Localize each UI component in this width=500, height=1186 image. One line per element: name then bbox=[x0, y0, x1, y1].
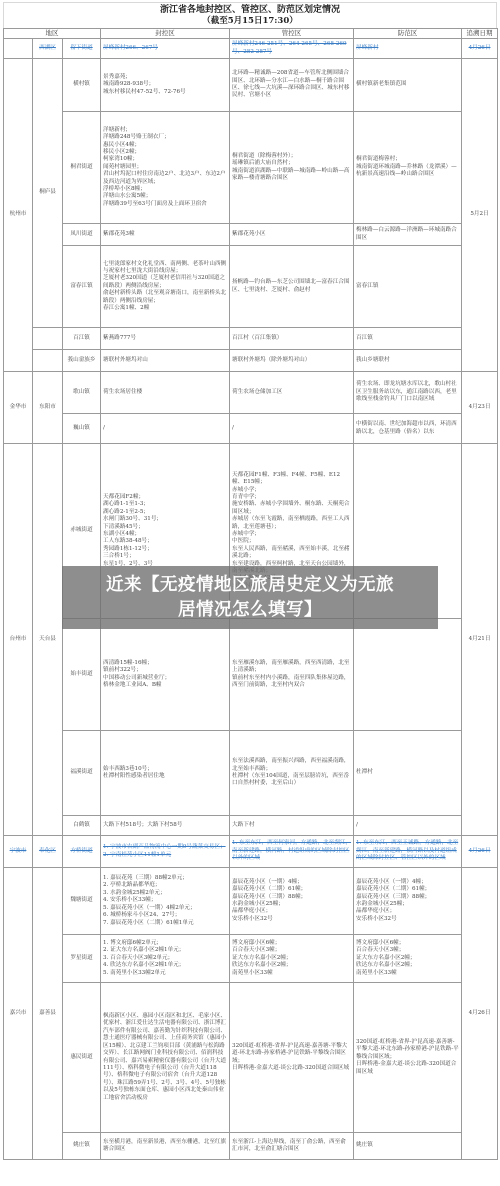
controlled-cell: 塘联村外塘坞（除外塘坞对山） bbox=[230, 350, 354, 372]
sealed-cell: 1. 博文府邸6幢2单元； 2. 证大东方名嘉小区2幢1单元； 3. 百合春天小… bbox=[101, 935, 230, 983]
sealed-cell: 紫燕路777号 bbox=[101, 328, 230, 350]
city-cell: 杭州市 bbox=[4, 59, 33, 372]
prevention-cell: 梅林路—白云源路—洋洲路—环城南路合围区 bbox=[354, 224, 462, 246]
city-cell: 台州市 bbox=[4, 444, 33, 836]
table-row: 富春江镇 七里泷郎家村文化礼堂西、南两侧、老茶叶山西侧与祝家村七里泷大街沿线房屋… bbox=[4, 246, 498, 328]
prevention-cell: 荷生农场、即龙坑塘水库以北，歌山村社区卫生服务站以东，通江南路以西，老里歌线至栈… bbox=[354, 372, 462, 414]
street-cell: 惠民街道 bbox=[63, 983, 101, 1133]
district-cell: 天台县 bbox=[33, 444, 63, 836]
street-cell: 福溪街道 bbox=[63, 731, 101, 816]
sealed-cell: 大路下村518号；大路下村58号 bbox=[101, 816, 230, 836]
sealed-cell: 1. 嘉辰花苑（三期）88幢2单元； 2. 亭桥北路晶都华庭； 3. 水韵金城2… bbox=[101, 868, 230, 935]
prevention-cell: / bbox=[354, 816, 462, 836]
street-cell: 罗星街道 bbox=[63, 935, 101, 983]
district-cell: 桐庐县 bbox=[33, 59, 63, 328]
controlled-cell: 东至法溪西路，南至振兴西路，西至福溪南路，北至始丰西路； 杜潭村（东至104国道… bbox=[230, 731, 354, 816]
sealed-cell: 紫郡花苑3幢 bbox=[101, 224, 230, 246]
column-header-date: 追溯日期 bbox=[462, 29, 498, 39]
city-cell bbox=[4, 39, 33, 59]
table-row: 宁波市 奉化区 方桥街道 1. 宁波市农副产品物流中心一期9号蔬菜交易区； 2.… bbox=[4, 836, 498, 868]
document-subtitle: （截至5月15日17:30） bbox=[4, 16, 496, 27]
column-header-prevention: 防范区 bbox=[354, 29, 462, 39]
table-row: 巍山镇 / / 中横街以南、世纪加海超市以西，环清西路以北，仓基里路（俗名）以东 bbox=[4, 414, 498, 444]
controlled-cell: 东至雁溪东路，南至雁溪路，西至西清路，北至上清溪路； 镇前村东至村内小溪路，南至… bbox=[230, 619, 354, 731]
street-cell: 魏塘街道 bbox=[63, 868, 101, 935]
document-header: 浙江省各地封控区、管控区、防范区划定情况 （截至5月15日17:30） bbox=[3, 2, 497, 28]
prevention-cell: 中横街以南、世纪加海超市以西，环清西路以北，仓基里路（俗名）以东 bbox=[354, 414, 462, 444]
table-row: 杭州市 桐庐县 横村镇 景秀嘉苑； 城南路928-938号； 城东村移民村47-… bbox=[4, 59, 498, 112]
prevention-cell: 莪山乡塘联村 bbox=[354, 350, 462, 372]
date-cell: 5月2日 bbox=[462, 59, 498, 372]
table-row: 西湖区 留下街道 屏峰新村266、267号 屏峰新村246-251号、264-2… bbox=[4, 39, 498, 59]
date-cell: 4月26日 bbox=[462, 868, 498, 1160]
prevention-cell: 杜潭村 bbox=[354, 731, 462, 816]
prevention-cell: 桐君街道梅蓉村； 城南街道环城南路—乔林路（龙潭溪）—杭新景高速沿线—岭山路合围… bbox=[354, 112, 462, 224]
district-cell: 西湖区 bbox=[33, 39, 63, 59]
district-cell bbox=[33, 328, 63, 350]
headline-overlay: 近来【无疫情地区旅居史定义为无旅 居情况怎么填写】 bbox=[62, 566, 438, 629]
sealed-cell: 屏峰新村266、267号 bbox=[101, 39, 230, 59]
controlled-cell: 屏峰新村246-251号、264-265号、268-269号、282-287号 bbox=[230, 39, 354, 59]
table-row: 白鹤镇 大路下村518号；大路下村58号 大路下村 / bbox=[4, 816, 498, 836]
table-row: 始丰街道 西清路15幢-16幢； 镇前村322号； 中国移动公司新城营业厅； 格… bbox=[4, 619, 498, 731]
controlled-cell: 扬帆路—钓台路—东芝公司围墙北—富春江合围区、七里泷村、芝厦村、俞赵村 bbox=[230, 246, 354, 328]
headline-line-1: 近来【无疫情地区旅居史定义为无旅 bbox=[62, 573, 438, 598]
table-row: 福溪街道 始丰西路3巷10号； 杜潭村阳性感染者居住地 东至法溪西路，南至振兴西… bbox=[4, 731, 498, 816]
prevention-cell: 富春江镇 bbox=[354, 246, 462, 328]
headline-line-2: 居情况怎么填写】 bbox=[62, 598, 438, 623]
street-cell: 百江镇 bbox=[63, 328, 101, 350]
date-cell: 4月26日 bbox=[462, 39, 498, 59]
city-cell: 金华市 bbox=[4, 372, 33, 444]
sealed-cell: 七里泷郎家村文化礼堂西、南两侧、老茶叶山西侧与祝家村七里泷大街沿线房屋； 芝厦村… bbox=[101, 246, 230, 328]
prevention-cell: 320国道-虹桥港-省界-沪昆高速-嘉善塘-平黎大道-环北东路-孙家桥港-沪昆铁… bbox=[354, 983, 462, 1133]
table-row: 凤川街道 紫郡花苑3幢 紫郡花苑小区 梅林路—白云源路—洋洲路—环城南路合围区 bbox=[4, 224, 498, 246]
controlled-cell: 荷生农场仓储加工区 bbox=[230, 372, 354, 414]
prevention-cell: 百江镇 bbox=[354, 328, 462, 350]
district-cell: 奉化区 bbox=[33, 836, 63, 868]
street-cell: 富春江镇 bbox=[63, 246, 101, 328]
controlled-cell: 桐君街道（除梅蓉村外）； 瑶琳镇后浦大庙自然村； 城南街道滨湖路—中联路—城南路… bbox=[230, 112, 354, 224]
sealed-cell: 西清路15幢-16幢； 镇前村322号； 中国移动公司新城营业厅； 格林金地工业… bbox=[101, 619, 230, 731]
district-cell: 嘉善县 bbox=[33, 868, 63, 1160]
prevention-cell bbox=[354, 619, 462, 731]
controlled-cell: 1. 东至东江，西至何家河，方通路，北至剡江，南至新建路，横河路，村道组成的区域… bbox=[230, 836, 354, 868]
street-cell: 姚庄镇 bbox=[63, 1133, 101, 1160]
prevention-cell: 1. 东至东江，西至王诚路，方通路，北至剡江，南至新建路，横河路以及村道组成的区… bbox=[354, 836, 462, 868]
controlled-cell: 320国道-虹桥港-省界-沪昆高速-嘉善塘-平黎大道-环北东路-孙家桥港-沪昆铁… bbox=[230, 983, 354, 1133]
table-row: 莪山畲族乡 塘联村外塘坞对山 塘联村外塘坞（除外塘坞对山） 莪山乡塘联村 bbox=[4, 350, 498, 372]
table-row: 嘉兴市 嘉善县 魏塘街道 1. 嘉辰花苑（三期）88幢2单元； 2. 亭桥北路晶… bbox=[4, 868, 498, 935]
city-cell: 宁波市 bbox=[4, 836, 33, 868]
city-cell: 嘉兴市 bbox=[4, 868, 33, 1160]
date-cell: 4月21日 bbox=[462, 444, 498, 836]
prevention-cell: 屏峰新村 bbox=[354, 39, 462, 59]
column-header-region: 地区 bbox=[4, 29, 101, 39]
prevention-cell: 横村镇新老集镇范围 bbox=[354, 59, 462, 112]
sealed-cell: 枫南新区小区、惠园小区南区和北区、毛家小区、优家村、浙江爱仕达生活电器有限公司、… bbox=[101, 983, 230, 1133]
table-row: 金华市 东阳市 歌山镇 荷生农场居住楼 荷生农场仓储加工区 荷生农场、即龙坑塘水… bbox=[4, 372, 498, 414]
prevention-cell: 博文府邸小区6幢； 百合春天小区3幢； 证大东方名嘉小区2幢； 欣达东方名嘉小区… bbox=[354, 935, 462, 983]
street-cell: 横村镇 bbox=[63, 59, 101, 112]
controlled-cell: / bbox=[230, 414, 354, 444]
table-row: 惠民街道 枫南新区小区、惠园小区南区和北区、毛家小区、优家村、浙江爱仕达生活电器… bbox=[4, 983, 498, 1133]
controlled-cell: 大路下村 bbox=[230, 816, 354, 836]
controlled-cell: 东至浙江-上海边界线，南至丁俞公路，西至俞汇市河，北至俞汇塘合围区 bbox=[230, 1133, 354, 1160]
table-row: 桐君街道 洋塘新村； 洋塘路248号赂王制衣厂； 惠民小区4幢； 移民小区2幢；… bbox=[4, 112, 498, 224]
table-row: 百江镇 紫燕路777号 百江村（百江集镇） 百江镇 bbox=[4, 328, 498, 350]
street-cell: 桐君街道 bbox=[63, 112, 101, 224]
sealed-cell: 景秀嘉苑； 城南路928-938号； 城东村移民村47-52号、72-76号 bbox=[101, 59, 230, 112]
street-cell: 歌山镇 bbox=[63, 372, 101, 414]
sealed-cell: 1. 宁波市农副产品物流中心一期9号蔬菜交易区； 2. 宁南桂苑小区11幢1单元 bbox=[101, 836, 230, 868]
street-cell: 始丰街道 bbox=[63, 619, 101, 731]
controlled-cell: 博文府邸小区6幢； 百合春天小区3幢； 证大东方名嘉小区2幢； 欣达东方名嘉小区… bbox=[230, 935, 354, 983]
document-title: 浙江省各地封控区、管控区、防范区划定情况 bbox=[4, 5, 496, 16]
street-cell: 白鹤镇 bbox=[63, 816, 101, 836]
street-cell: 巍山镇 bbox=[63, 414, 101, 444]
controlled-cell: 百江村（百江集镇） bbox=[230, 328, 354, 350]
street-cell: 莪山畲族乡 bbox=[63, 350, 101, 372]
column-header-controlled: 管控区 bbox=[230, 29, 354, 39]
date-cell: 4月23日 bbox=[462, 372, 498, 444]
table-header-row: 地区 封控区 管控区 防范区 追溯日期 bbox=[4, 29, 498, 39]
sealed-cell: 塘联村外塘坞对山 bbox=[101, 350, 230, 372]
district-cell: 东阳市 bbox=[33, 372, 63, 444]
street-cell: 方桥街道 bbox=[63, 836, 101, 868]
district-cell bbox=[33, 350, 63, 372]
column-header-sealed: 封控区 bbox=[101, 29, 230, 39]
controlled-cell: 紫郡花苑小区 bbox=[230, 224, 354, 246]
street-cell: 留下街道 bbox=[63, 39, 101, 59]
sealed-cell: 始丰西路3巷10号； 杜潭村阳性感染者居住地 bbox=[101, 731, 230, 816]
controlled-cell: 北环路—精诚路—208省道—车管所北侧围墙合围区、北环路—分水江—白水路—桐千路… bbox=[230, 59, 354, 112]
controlled-cell: 嘉辰花苑小区（一期）4幢； 嘉辰花苑小区（二期）61幢； 嘉辰花苑小区（三期）8… bbox=[230, 868, 354, 935]
sealed-cell: / bbox=[101, 414, 230, 444]
table-row: 姚庄镇 东至横月港，南至新景港，西至东栅港，北至红旗塘合围区 东至浙江-上海边界… bbox=[4, 1133, 498, 1160]
sealed-cell: 洋塘新村； 洋塘路248号赂王制衣厂； 惠民小区4幢； 移民小区2幢； 柯家湾1… bbox=[101, 112, 230, 224]
sealed-cell: 荷生农场居住楼 bbox=[101, 372, 230, 414]
table-row: 罗星街道 1. 博文府邸6幢2单元； 2. 证大东方名嘉小区2幢1单元； 3. … bbox=[4, 935, 498, 983]
date-cell: 4月26日 bbox=[462, 836, 498, 868]
prevention-cell: 嘉辰花苑小区（一期）4幢； 嘉辰花苑小区（二期）61幢； 嘉辰花苑小区（三期）8… bbox=[354, 868, 462, 935]
prevention-cell: 姚庄镇 bbox=[354, 1133, 462, 1160]
sealed-cell: 东至横月港，南至新景港，西至东栅港，北至红旗塘合围区 bbox=[101, 1133, 230, 1160]
street-cell: 凤川街道 bbox=[63, 224, 101, 246]
